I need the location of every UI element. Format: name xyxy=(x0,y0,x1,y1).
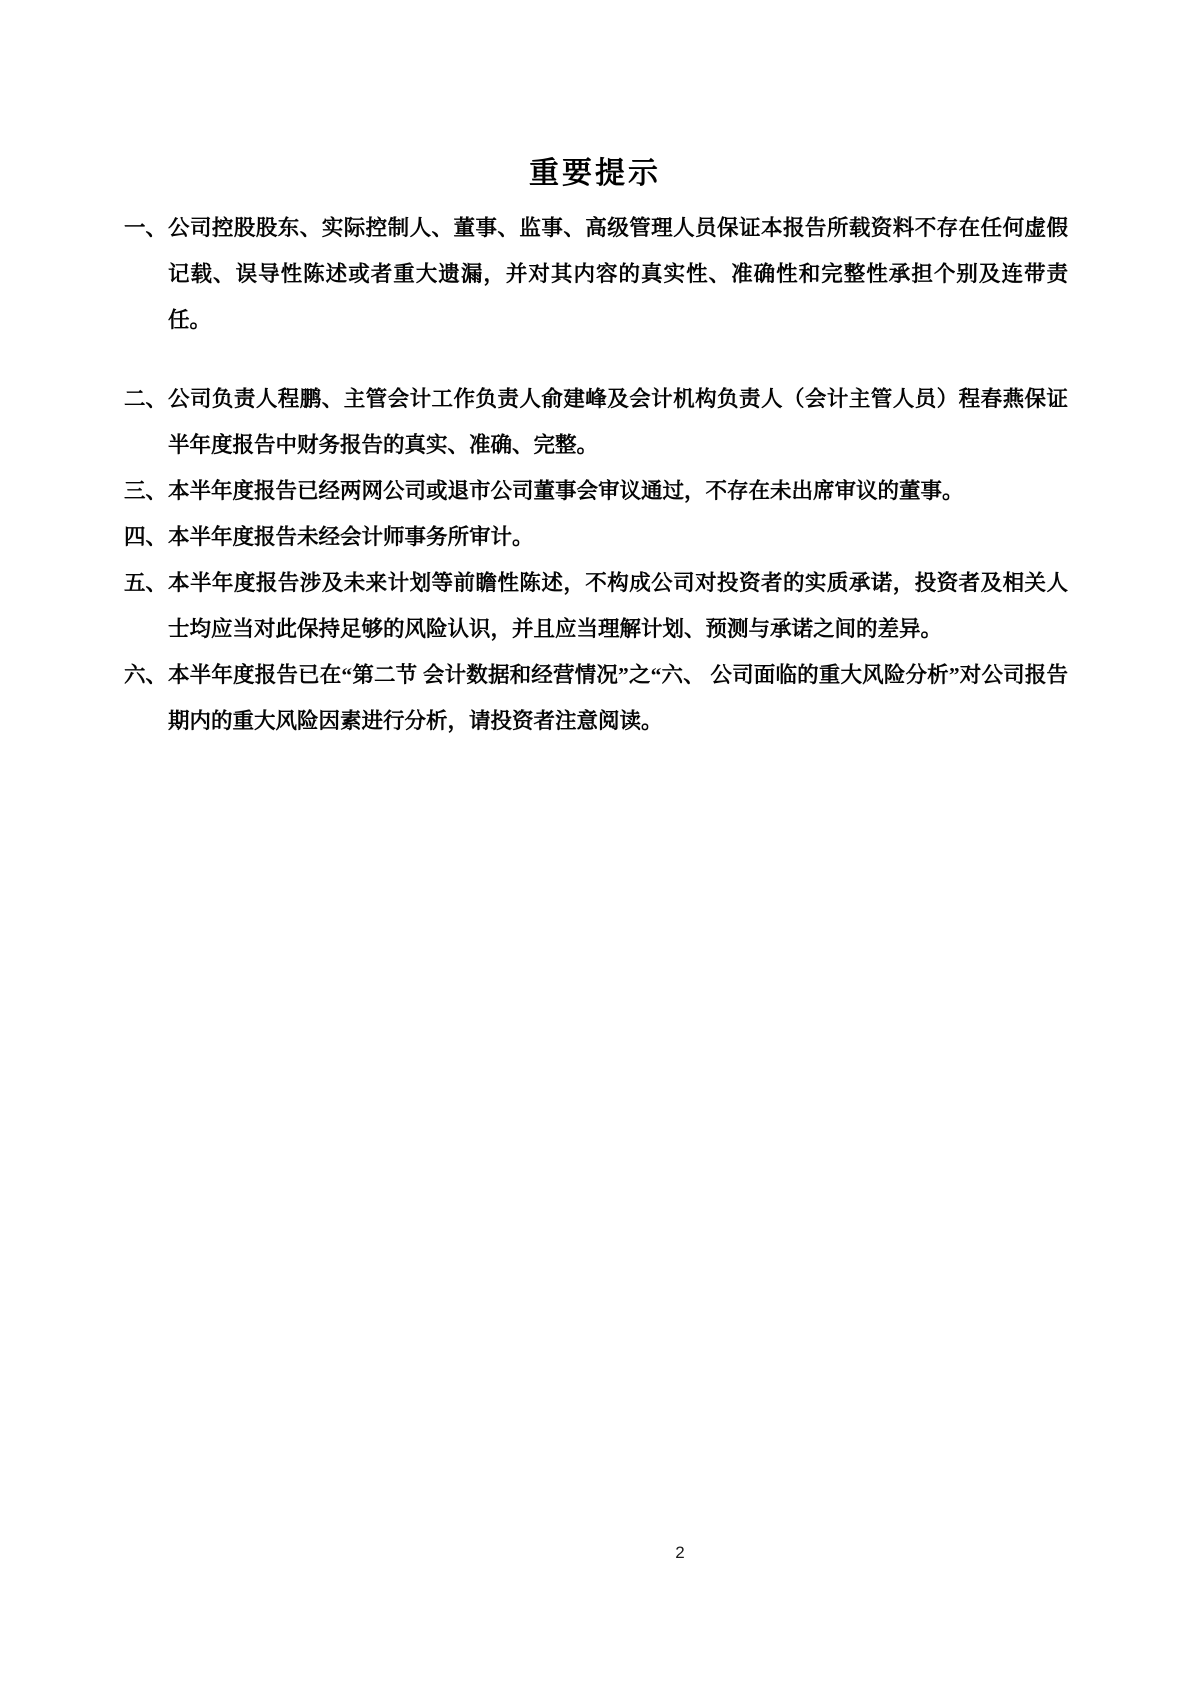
item-text: 公司负责人程鹏、主管会计工作负责人俞建峰及会计机构负责人（会计主管人员）程春燕保… xyxy=(168,387,1068,457)
item-marker: 五、 xyxy=(124,560,168,606)
item-marker: 二、 xyxy=(124,376,168,422)
item-marker: 一、 xyxy=(124,205,168,251)
item-text: 本半年度报告涉及未来计划等前瞻性陈述，不构成公司对投资者的实质承诺，投资者及相关… xyxy=(168,571,1068,641)
notice-item-3: 三、 本半年度报告已经两网公司或退市公司董事会审议通过，不存在未出席审议的董事。 xyxy=(124,468,1068,514)
notice-item-2: 二、 公司负责人程鹏、主管会计工作负责人俞建峰及会计机构负责人（会计主管人员）程… xyxy=(124,376,1068,468)
notice-item-4: 四、 本半年度报告未经会计师事务所审计。 xyxy=(124,514,1068,560)
page-title: 重要提示 xyxy=(0,148,1190,192)
item-text: 公司控股股东、实际控制人、董事、监事、高级管理人员保证本报告所载资料不存在任何虚… xyxy=(168,216,1068,332)
item-text: 本半年度报告已在“第二节 会计数据和经营情况”之“六、 公司面临的重大风险分析”… xyxy=(168,663,1068,733)
item-text: 本半年度报告已经两网公司或退市公司董事会审议通过，不存在未出席审议的董事。 xyxy=(168,479,964,503)
notice-item-6: 六、 本半年度报告已在“第二节 会计数据和经营情况”之“六、 公司面临的重大风险… xyxy=(124,652,1068,744)
item-marker: 四、 xyxy=(124,514,168,560)
document-page: 重要提示 一、 公司控股股东、实际控制人、董事、监事、高级管理人员保证本报告所载… xyxy=(0,0,1190,1683)
notice-item-1: 一、 公司控股股东、实际控制人、董事、监事、高级管理人员保证本报告所载资料不存在… xyxy=(124,205,1068,343)
page-number: 2 xyxy=(668,1543,692,1563)
item-marker: 六、 xyxy=(124,652,168,698)
notice-item-5: 五、 本半年度报告涉及未来计划等前瞻性陈述，不构成公司对投资者的实质承诺，投资者… xyxy=(124,560,1068,652)
notice-list: 一、 公司控股股东、实际控制人、董事、监事、高级管理人员保证本报告所载资料不存在… xyxy=(124,205,1068,744)
item-marker: 三、 xyxy=(124,468,168,514)
item-text: 本半年度报告未经会计师事务所审计。 xyxy=(168,525,534,549)
